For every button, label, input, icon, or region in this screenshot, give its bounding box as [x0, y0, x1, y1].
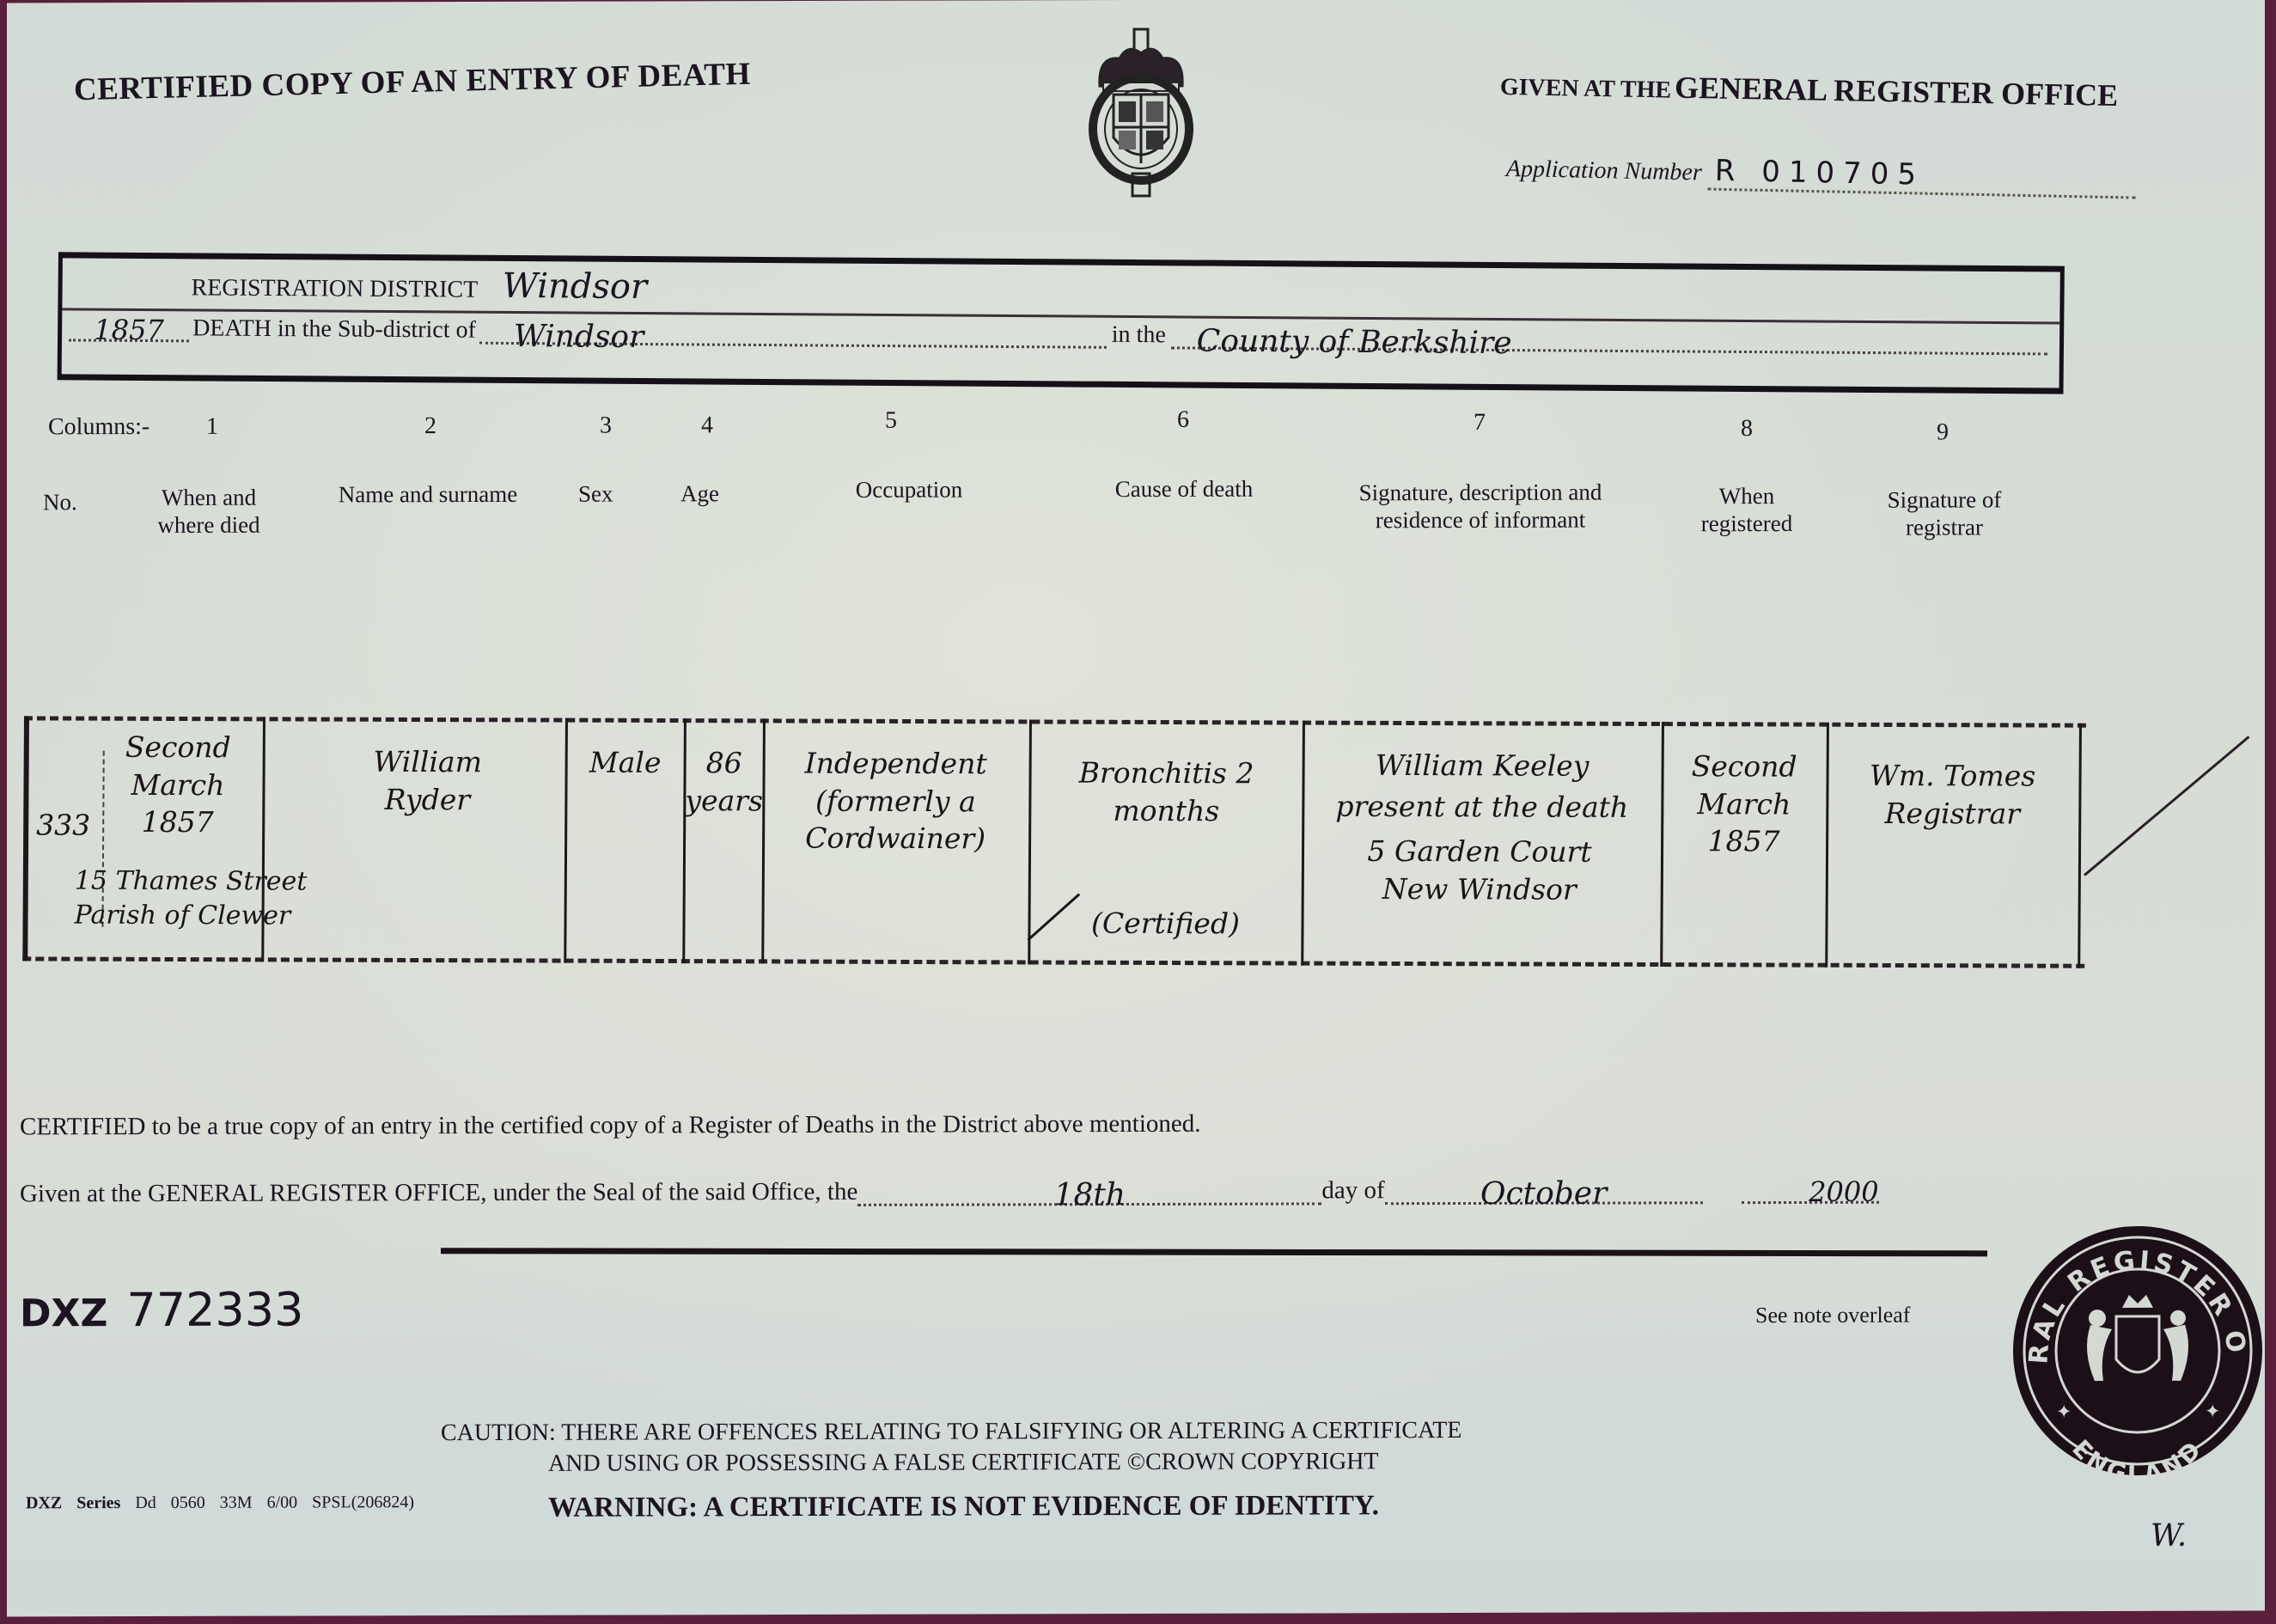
column-number-1: 1 [206, 413, 218, 441]
certified-statement: CERTIFIED to be a true copy of an entry … [20, 1110, 1201, 1142]
col-divider [1028, 719, 1032, 964]
column-number-6: 6 [1177, 406, 1189, 434]
entry-top-border [24, 716, 2086, 727]
certificate-paper: CERTIFIED COPY OF AN ENTRY OF DEATH GIVE… [7, 0, 2265, 1616]
series-quantity: 33M [220, 1493, 253, 1512]
check-mark-line [2084, 736, 2249, 876]
registration-district-value: Windsor [503, 266, 648, 307]
certificate-serial: DXZ772333 [20, 1283, 304, 1338]
document-title: CERTIFIED COPY OF AN ENTRY OF DEATH [74, 56, 752, 109]
col-divider [1660, 722, 1664, 967]
entry-number: 333 [27, 806, 100, 844]
series-name: DXZ Series [26, 1493, 120, 1512]
identity-warning: WARNING: A CERTIFICATE IS NOT EVIDENCE O… [548, 1490, 1379, 1524]
handwritten-initials: W. [2151, 1518, 2187, 1554]
columns-label: Columns:- [48, 413, 149, 441]
entry-death-place: 15 Thames Street Parish of Clewer [74, 864, 366, 933]
column-number-3: 3 [600, 412, 612, 440]
county-label: in the [1112, 321, 1166, 349]
column-number-9: 9 [1937, 419, 1949, 447]
given-month-value: October [1385, 1175, 1703, 1205]
death-year-value: 1857 [69, 313, 189, 342]
given-at-text: Given at the GENERAL REGISTER OFFICE, un… [20, 1178, 857, 1209]
registration-district-box: REGISTRATION DISTRICT Windsor 1857 DEATH… [58, 252, 2065, 394]
serial-number: 772333 [126, 1283, 303, 1338]
entry-right-border [2078, 723, 2082, 968]
col-divider [1301, 721, 1305, 966]
print-series-info: DXZ Series Dd 0560 33M 6/00 SPSL(206824) [26, 1493, 414, 1513]
col-divider [564, 718, 568, 963]
entry-occupation: Independent (formerly a Cordwainer) [779, 744, 1012, 858]
entry-name: William Ryder [341, 743, 514, 819]
death-entry-row: 333 Second March 1857 15 Thames Street P… [22, 716, 2086, 968]
given-year-value: 2000 [1742, 1175, 1879, 1204]
column-header-registered: When registered [1691, 482, 1803, 538]
application-number-field: Application Number R 010705 [1506, 150, 2137, 199]
column-number-2: 2 [424, 412, 436, 440]
given-at-heading: GIVEN AT THE GENERAL REGISTER OFFICE [1500, 66, 2119, 113]
column-header-informant: Signature, description and residence of … [1343, 479, 1618, 535]
caution-line-2: AND USING OR POSSESSING A FALSE CERTIFIC… [441, 1446, 1461, 1481]
application-number-value: R 010705 [1707, 154, 2136, 199]
serial-prefix: DXZ [20, 1291, 107, 1335]
entry-registered-date: Second March 1857 [1669, 748, 1820, 860]
column-header-name: Name and surname [325, 480, 531, 509]
column-header-no: No. [43, 488, 77, 516]
column-header-cause: Cause of death [1089, 475, 1278, 504]
signature-rule [441, 1248, 1987, 1256]
registration-district-label: REGISTRATION DISTRICT [191, 274, 477, 302]
svg-text:✦: ✦ [2056, 1401, 2072, 1423]
subdistrict-value: Windsor [479, 319, 1107, 349]
series-printer: SPSL(206824) [312, 1493, 414, 1511]
given-at-statement: Given at the GENERAL REGISTER OFFICE, un… [20, 1175, 1879, 1209]
series-code: Dd 0560 [135, 1493, 204, 1512]
entry-death-date: Second March 1857 [102, 729, 253, 841]
svg-text:✦: ✦ [2205, 1401, 2220, 1423]
application-number-label: Application Number [1506, 156, 1703, 186]
gro-seal-icon: GENERAL REGISTER OFFICE ENGLAND ✦ ✦ [2009, 1222, 2267, 1481]
entry-informant-residence: 5 Garden Court New Windsor [1338, 833, 1622, 908]
column-header-occupation: Occupation [823, 475, 995, 504]
column-header-age: Age [680, 479, 719, 508]
col-divider [1825, 723, 1829, 968]
entry-bottom-border [22, 956, 2084, 968]
entry-registrar: Wm. Tomes Registrar [1836, 757, 2069, 833]
column-number-4: 4 [701, 412, 713, 439]
given-day-value: 18th [857, 1176, 1321, 1206]
series-date: 6/00 [267, 1493, 298, 1512]
see-note-overleaf: See note overleaf [1755, 1303, 1910, 1328]
column-number-7: 7 [1474, 409, 1486, 437]
entry-informant-description: present at the death [1308, 788, 1656, 827]
registration-district-row: REGISTRATION DISTRICT Windsor [191, 264, 647, 307]
entry-age: 86 years [685, 744, 763, 819]
caution-line-1: CAUTION: THERE ARE OFFENCES RELATING TO … [441, 1415, 1461, 1450]
entry-informant-name: William Keeley [1309, 747, 1657, 785]
entry-cause: Bronchitis 2 months [1054, 754, 1278, 830]
caution-notice: CAUTION: THERE ARE OFFENCES RELATING TO … [441, 1415, 1461, 1481]
day-of-label: day of [1321, 1176, 1384, 1205]
column-header-sex: Sex [578, 480, 613, 508]
column-number-8: 8 [1741, 415, 1753, 443]
subdistrict-label: DEATH in the Sub-district of [192, 314, 476, 344]
entry-sex: Male [574, 744, 677, 782]
column-header-registrar: Signature of registrar [1871, 485, 2017, 541]
county-value: County of Berkshire [1171, 323, 2047, 355]
column-number-5: 5 [885, 407, 897, 435]
column-header-when-where: When and where died [149, 484, 269, 540]
royal-crest-garter-icon [1081, 26, 1201, 198]
entry-cause-certified: (Certified) [1053, 905, 1277, 943]
